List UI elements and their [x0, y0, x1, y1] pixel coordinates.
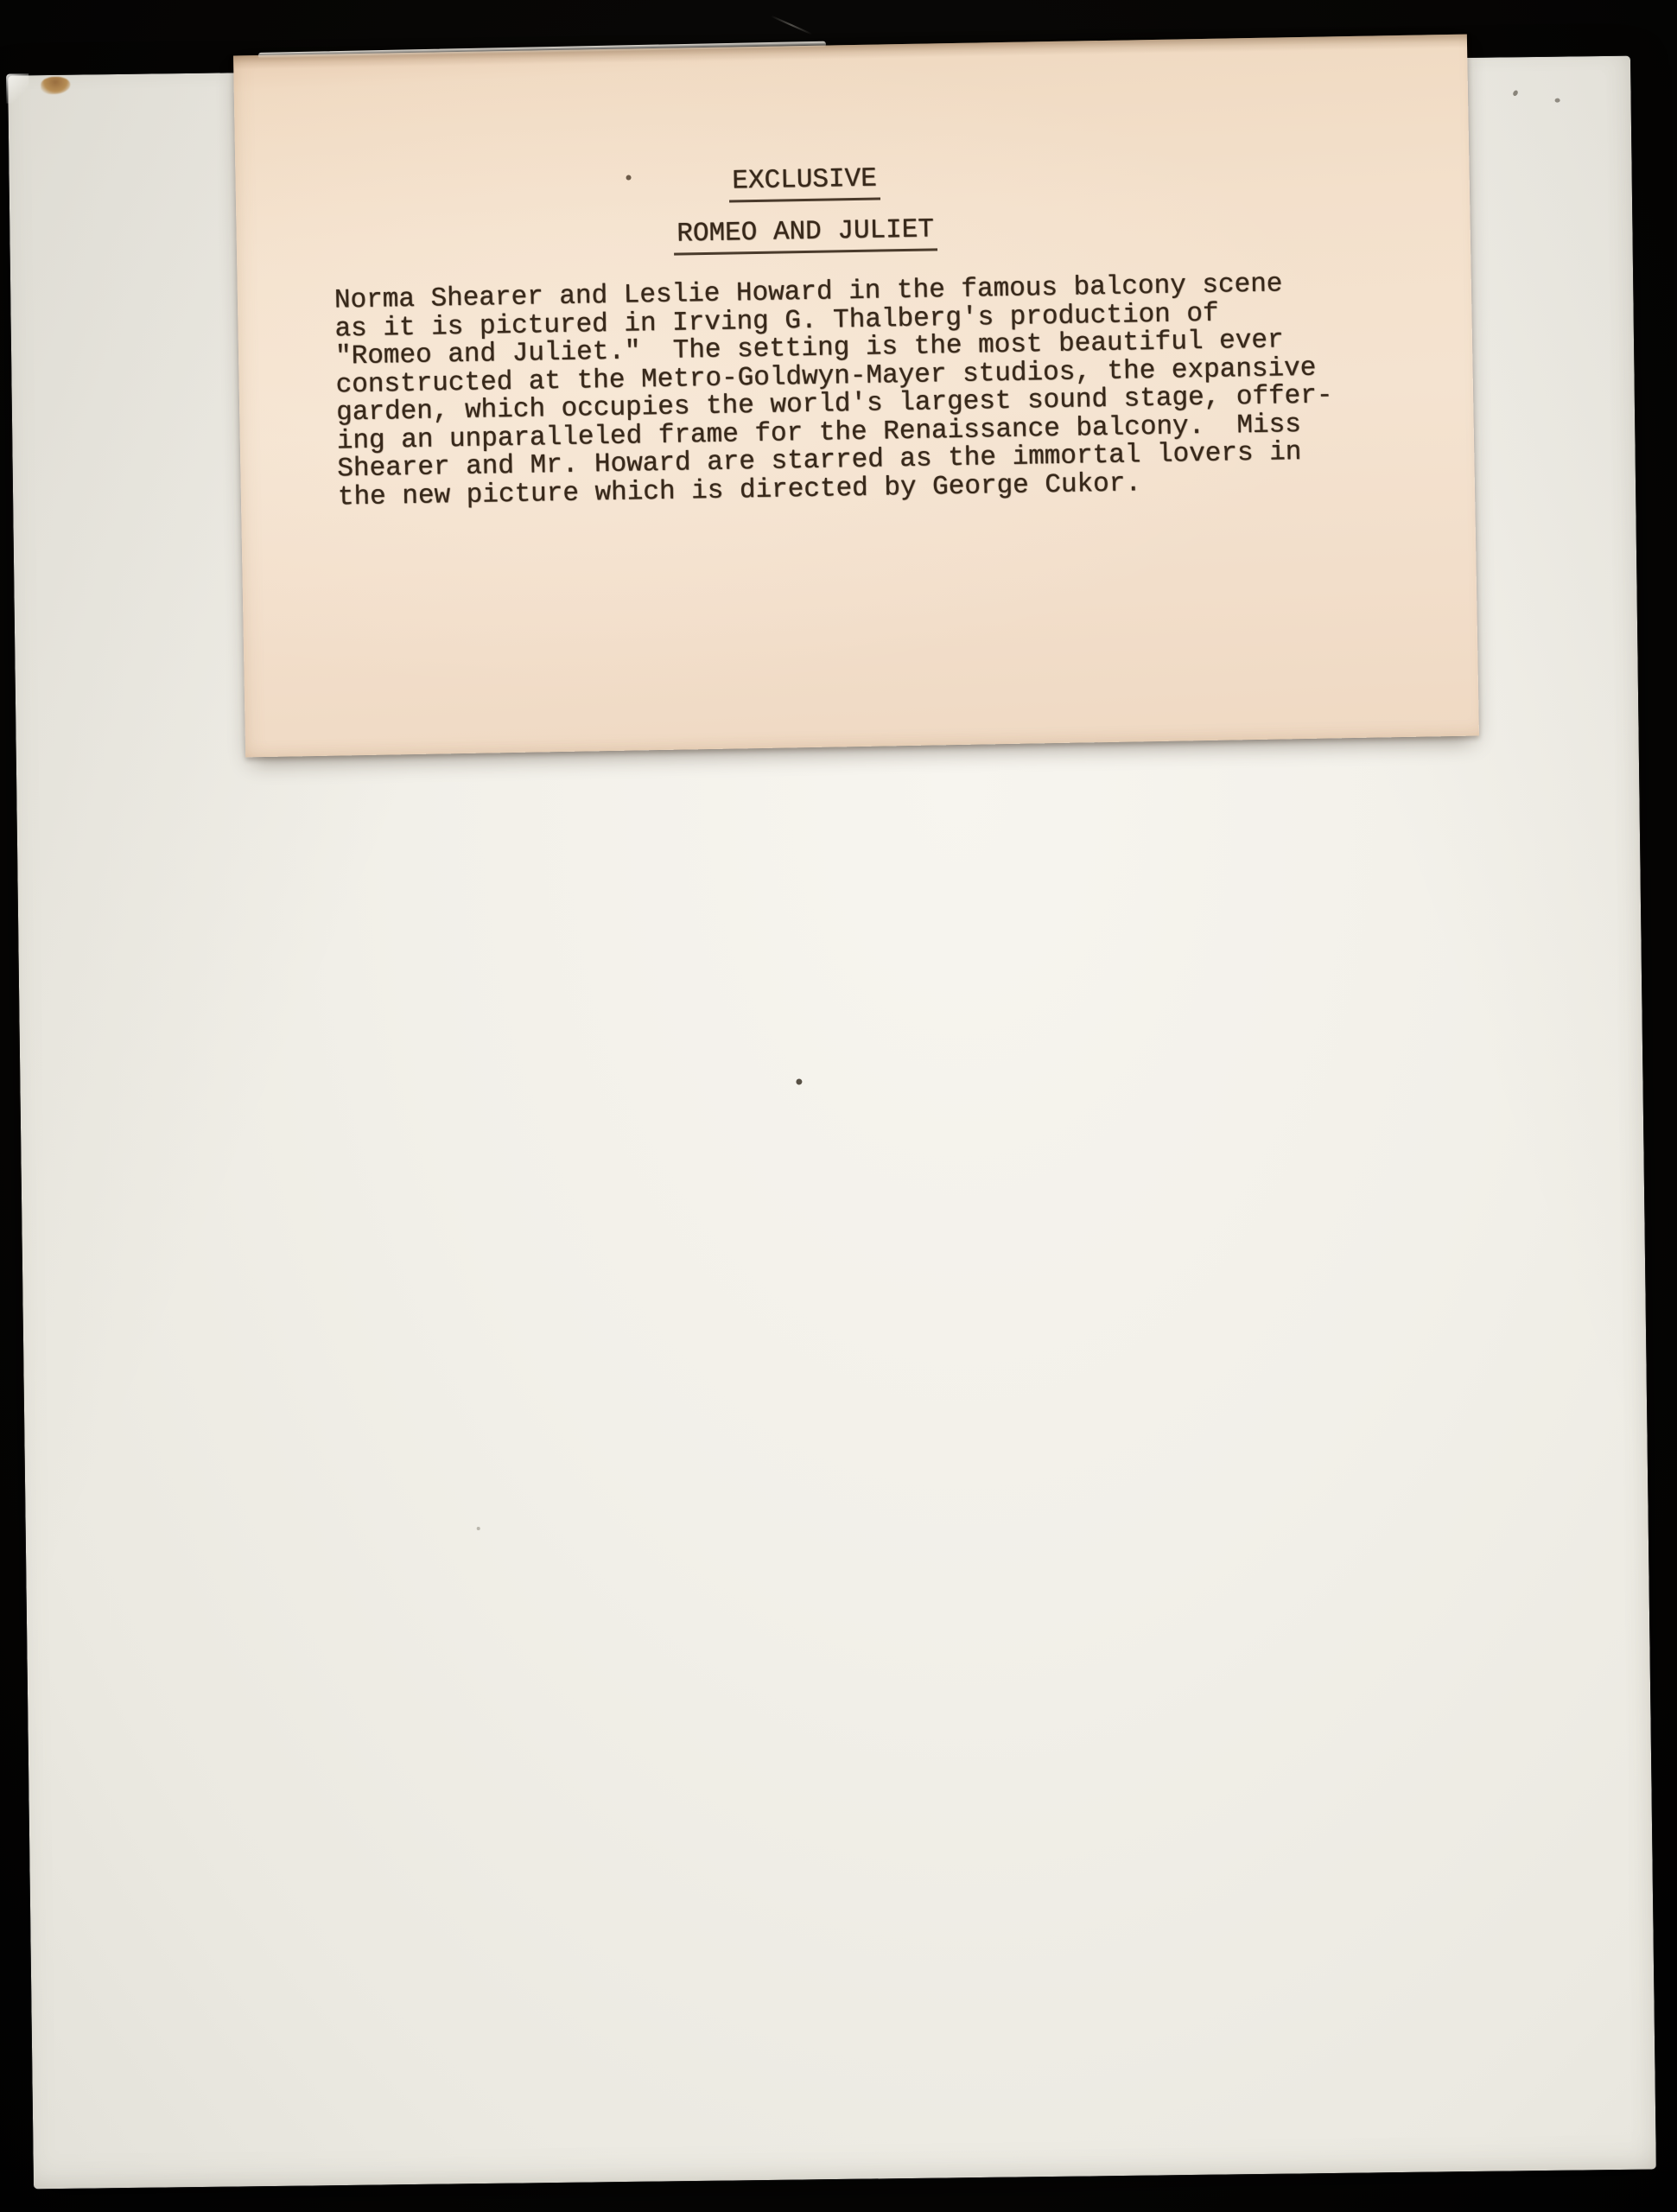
- caption-kicker-text: EXCLUSIVE: [728, 165, 880, 202]
- caption-title-text: ROMEO AND JULIET: [673, 216, 937, 255]
- caption-title-heading: ROMEO AND JULIET: [294, 210, 1318, 262]
- sheet-corner-stain: [41, 77, 70, 94]
- caption-slip: EXCLUSIVE ROMEO AND JULIET Norma Shearer…: [233, 35, 1479, 758]
- paper-speck: [477, 1527, 480, 1530]
- paper-speck: [1512, 89, 1519, 97]
- paper-speck: [1555, 99, 1560, 103]
- photo-scene: EXCLUSIVE ROMEO AND JULIET Norma Shearer…: [0, 0, 1677, 2212]
- caption-kicker-heading: EXCLUSIVE: [292, 158, 1317, 210]
- paper-speck: [796, 1078, 802, 1084]
- sheet-corner-chip: [6, 73, 29, 103]
- caption-body-text: Norma Shearer and Leslie Howard in the f…: [334, 270, 1335, 512]
- background-scratch: [771, 16, 812, 35]
- caption-content: EXCLUSIVE ROMEO AND JULIET Norma Shearer…: [233, 35, 1479, 758]
